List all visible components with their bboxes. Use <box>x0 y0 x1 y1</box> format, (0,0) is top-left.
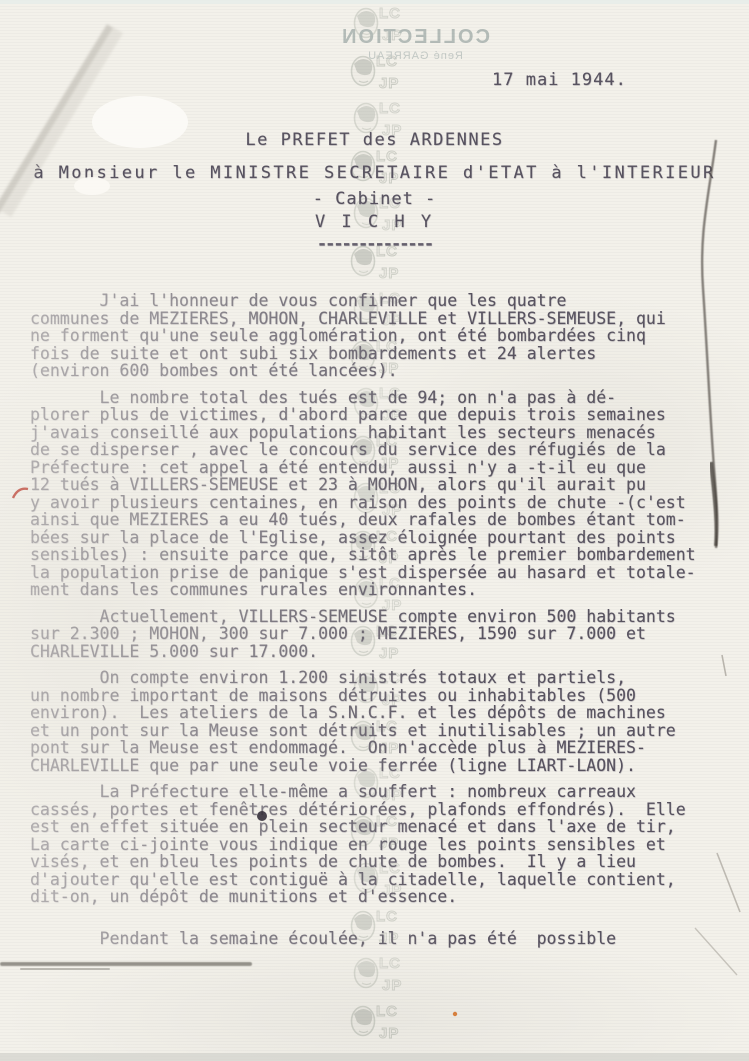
typed-line: j'avais conseillé aux populations habita… <box>30 424 736 442</box>
typed-line: Actuellement, VILLERS-SEMEUSE compte env… <box>30 608 736 626</box>
head-logo-icon: LCJP <box>353 0 409 44</box>
recipient-line: à Monsieur le MINISTRE SECRETAIRE d'ETAT… <box>0 163 749 183</box>
paragraph: Pendant la semaine écoulée, il n'a pas é… <box>30 930 736 948</box>
head-logo-icon: LCJP <box>350 998 406 1042</box>
typed-line: d'ajouter qu'elle est contiguë à la cita… <box>30 871 736 889</box>
paragraph: La Préfecture elle-même a souffert : nom… <box>30 783 736 906</box>
typed-line: un nombre important de maisons détruites… <box>30 687 736 705</box>
typed-line: Le nombre total des tués est de 94; on n… <box>30 389 736 407</box>
typed-line: La carte ci-jointe vous indique en rouge… <box>30 836 736 854</box>
typed-line: CHARLEVILLE que par une seule voie ferré… <box>30 757 736 775</box>
sender-title: Le PREFET des ARDENNES <box>0 130 749 150</box>
svg-text:LC: LC <box>379 955 401 972</box>
typed-line: fois de suite et ont subi six bombardeme… <box>30 345 736 363</box>
typed-line: J'ai l'honneur de vous confirmer que les… <box>30 292 736 310</box>
red-pen-mark <box>13 489 28 498</box>
typed-line: ne forment qu'une seule agglomération, o… <box>30 327 736 345</box>
svg-text:JP: JP <box>382 27 402 44</box>
svg-text:JP: JP <box>379 75 399 92</box>
typed-line: sensibles) : ensuite parce que, sitôt ap… <box>30 546 736 564</box>
head-logo-icon: LCJP <box>350 48 406 92</box>
typed-line: Pendant la semaine écoulée, il n'a pas é… <box>30 930 736 948</box>
typed-line: CHARLEVILLE 5.000 sur 17.000. <box>30 643 736 661</box>
svg-text:JP: JP <box>379 265 399 282</box>
letter-body: J'ai l'honneur de vous confirmer que les… <box>30 292 736 956</box>
typed-line: est en effet située en plein secteur men… <box>30 818 736 836</box>
top-edge-strip <box>0 0 749 4</box>
watermark-stamp: LCJP <box>350 48 410 96</box>
typed-line: La Préfecture elle-même a souffert : nom… <box>30 783 736 801</box>
typed-line: cassés, portes et fenêtres détériorées, … <box>30 801 736 819</box>
city-line: V I C H Y <box>0 212 749 232</box>
typed-line: communes de MEZIERES, MOHON, CHARLEVILLE… <box>30 310 736 328</box>
orange-speck <box>453 1012 457 1016</box>
letter-head: Le PREFET des ARDENNES à Monsieur le MIN… <box>0 130 749 254</box>
svg-text:LC: LC <box>379 5 401 22</box>
typed-line: plorer plus de victimes, d'abord parce q… <box>30 406 736 424</box>
typed-underline: -------------- <box>0 234 749 254</box>
scanned-letter-page: LCJPLCJPLCJPLCJPLCJPLCJPLCJPLCJPLCJPLCJP… <box>0 0 749 1061</box>
typed-line: pont sur la Meuse est endommagé. On n'ac… <box>30 739 736 757</box>
smudge-line <box>0 962 252 966</box>
typed-line: 12 tués à VILLERS-SEMEUSE et 23 à MOHON,… <box>30 476 736 494</box>
svg-text:LC: LC <box>376 53 398 70</box>
typed-line: On compte environ 1.200 sinistrés totaux… <box>30 669 736 687</box>
cabinet-line: - Cabinet - <box>0 189 749 209</box>
svg-text:LC: LC <box>376 1003 398 1020</box>
paragraph: J'ai l'honneur de vous confirmer que les… <box>30 292 736 380</box>
letter-date: 17 mai 1944. <box>492 70 627 90</box>
typed-line: (environ 600 bombes ont été lancées). <box>30 362 736 380</box>
typed-line: ment dans les communes rurales environna… <box>30 581 736 599</box>
paragraph: Le nombre total des tués est de 94; on n… <box>30 389 736 599</box>
smudge-line-short <box>20 968 110 970</box>
typed-line: environ). Les ateliers de la S.N.C.F. et… <box>30 704 736 722</box>
svg-text:LC: LC <box>379 100 401 117</box>
collection-stamp-owner: René GARREAU <box>330 50 500 62</box>
head-logo-icon: LCJP <box>353 950 409 994</box>
svg-text:JP: JP <box>382 977 402 994</box>
watermark-stamp: LCJP <box>353 0 410 48</box>
bottom-edge-strip <box>0 1053 749 1061</box>
watermark-stamp: LCJP <box>350 998 410 1046</box>
typed-line: sur 2.300 ; MOHON, 300 sur 7.000 ; MEZIE… <box>30 625 736 643</box>
typed-line: y avoir plusieurs centaines, en raison d… <box>30 494 736 512</box>
typed-line: dit-on, un dépôt de munitions et d'essen… <box>30 888 736 906</box>
typed-line: bées sur la place de l'Eglise, assez élo… <box>30 529 736 547</box>
typed-line: de se disperser , avec le concours du se… <box>30 441 736 459</box>
typed-line: visés, et en bleu les points de chute de… <box>30 853 736 871</box>
typed-line: la population prise de panique s'est dis… <box>30 564 736 582</box>
typed-line: Préfecture : cet appel a été entendu, au… <box>30 459 736 477</box>
typed-line: ainsi que MEZIERES a eu 40 tués, deux ra… <box>30 511 736 529</box>
svg-text:JP: JP <box>379 1025 399 1042</box>
watermark-stamp: LCJP <box>353 950 410 998</box>
collection-stamp: COLLECTION René GARREAU <box>330 26 500 62</box>
paragraph: On compte environ 1.200 sinistrés totaux… <box>30 669 736 774</box>
typed-line: et un pont sur la Meuse sont détruits et… <box>30 722 736 740</box>
paragraph: Actuellement, VILLERS-SEMEUSE compte env… <box>30 608 736 661</box>
collection-stamp-title: COLLECTION <box>330 26 500 49</box>
